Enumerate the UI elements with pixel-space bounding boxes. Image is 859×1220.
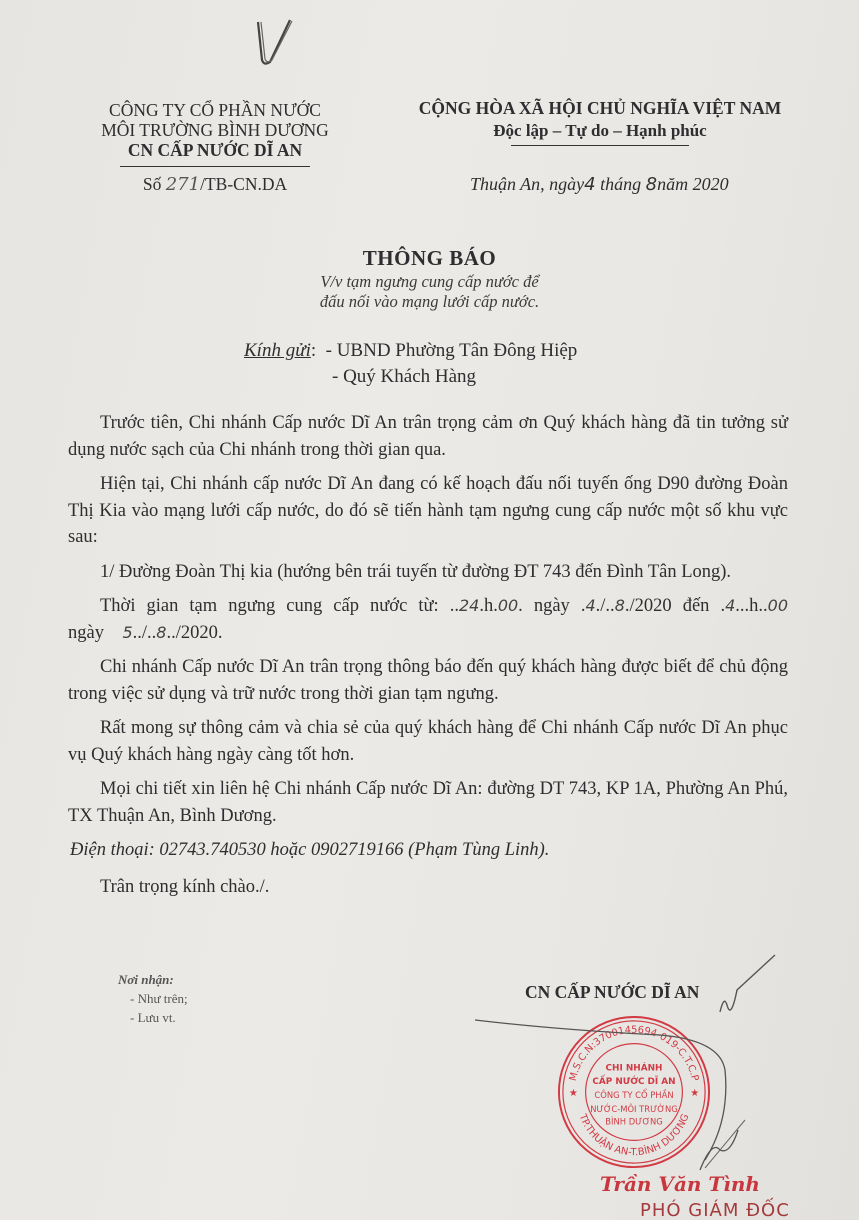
recipients-label: Kính gửi <box>244 340 311 361</box>
receivers-list: Nơi nhận: - Như trên; - Lưu vt. <box>118 970 188 1027</box>
org-line-1: CÔNG TY CỔ PHẦN NƯỚC <box>90 100 340 120</box>
svg-text:★: ★ <box>569 1088 578 1099</box>
svg-text:CÔNG TY CỔ PHẦN: CÔNG TY CỔ PHẦN <box>594 1088 673 1100</box>
signing-organization: CN CẤP NƯỚC DĨ AN <box>525 982 699 1003</box>
svg-text:CHI NHÁNH: CHI NHÁNH <box>606 1061 663 1073</box>
svg-text:★: ★ <box>690 1088 699 1099</box>
notice-body: Trước tiên, Chi nhánh Cấp nước Dĩ An trâ… <box>68 410 788 908</box>
nation-title: CỘNG HÒA XÃ HỘI CHỦ NGHĨA VIỆT NAM <box>405 98 795 119</box>
org-line-3: CN CẤP NƯỚC DĨ AN <box>90 140 340 160</box>
national-header: CỘNG HÒA XÃ HỘI CHỦ NGHĨA VIỆT NAM Độc l… <box>405 98 795 146</box>
document-subject: V/v tạm ngưng cung cấp nước để đấu nối v… <box>0 272 859 312</box>
org-line-2: MÔI TRƯỜNG BÌNH DƯƠNG <box>90 120 340 140</box>
org-underline <box>120 166 310 167</box>
date-line: Thuận An, ngày4 tháng 8năm 2020 <box>470 174 729 195</box>
svg-text:CẤP NƯỚC DĨ AN: CẤP NƯỚC DĨ AN <box>592 1074 675 1087</box>
recipients: Kính gửi: - UBND Phường Tân Đông Hiệp - … <box>244 338 577 390</box>
closing-greeting: Trân trọng kính chào./. <box>68 874 788 901</box>
paragraph-schedule: Thời gian tạm ngưng cung cấp nước từ: ..… <box>68 593 788 646</box>
receiver-item: - Lưu vt. <box>118 1008 188 1027</box>
handwritten-number: 271 <box>166 174 200 195</box>
receivers-label: Nơi nhận: <box>118 970 188 989</box>
document-title: THÔNG BÁO <box>0 246 859 271</box>
signer-title: PHÓ GIÁM ĐỐC <box>640 1200 790 1220</box>
recipient-item: - UBND Phường Tân Đông Hiệp <box>326 340 578 361</box>
paragraph-apology: Rất mong sự thông cảm và chia sẻ của quý… <box>68 715 788 768</box>
paragraph-area: 1/ Đường Đoàn Thị kia (hướng bên trái tu… <box>68 559 788 586</box>
receiver-item: - Như trên; <box>118 989 188 1008</box>
nation-motto: Độc lập – Tự do – Hạnh phúc <box>405 121 795 141</box>
official-stamp: M.S.C.N:3700145694-019-C.T.C.P TP.THUẬN … <box>555 1013 713 1171</box>
document-number: Số 271/TB-CN.DA <box>90 174 340 195</box>
handwritten-check-mark <box>250 10 300 70</box>
paragraph-contact: Mọi chi tiết xin liên hệ Chi nhánh Cấp n… <box>68 776 788 829</box>
handwritten-month: 8 <box>646 174 657 195</box>
paragraph-plan: Hiện tại, Chi nhánh cấp nước Dĩ An đang … <box>68 471 788 551</box>
motto-underline <box>511 145 689 146</box>
paragraph-notify: Chi nhánh Cấp nước Dĩ An trân trọng thôn… <box>68 654 788 707</box>
recipient-item: - Quý Khách Hàng <box>244 364 577 390</box>
handwritten-day: 4 <box>584 174 595 195</box>
signer-name: Trần Văn Tình <box>600 1172 760 1196</box>
paragraph-intro: Trước tiên, Chi nhánh Cấp nước Dĩ An trâ… <box>68 410 788 463</box>
svg-text:NƯỚC-MÔI TRƯỜNG: NƯỚC-MÔI TRƯỜNG <box>590 1103 677 1114</box>
svg-text:BÌNH DƯƠNG: BÌNH DƯƠNG <box>605 1116 662 1127</box>
contact-phone: Điện thoại: 02743.740530 hoặc 0902719166… <box>68 837 788 864</box>
issuing-organization: CÔNG TY CỔ PHẦN NƯỚC MÔI TRƯỜNG BÌNH DƯƠ… <box>90 100 340 167</box>
